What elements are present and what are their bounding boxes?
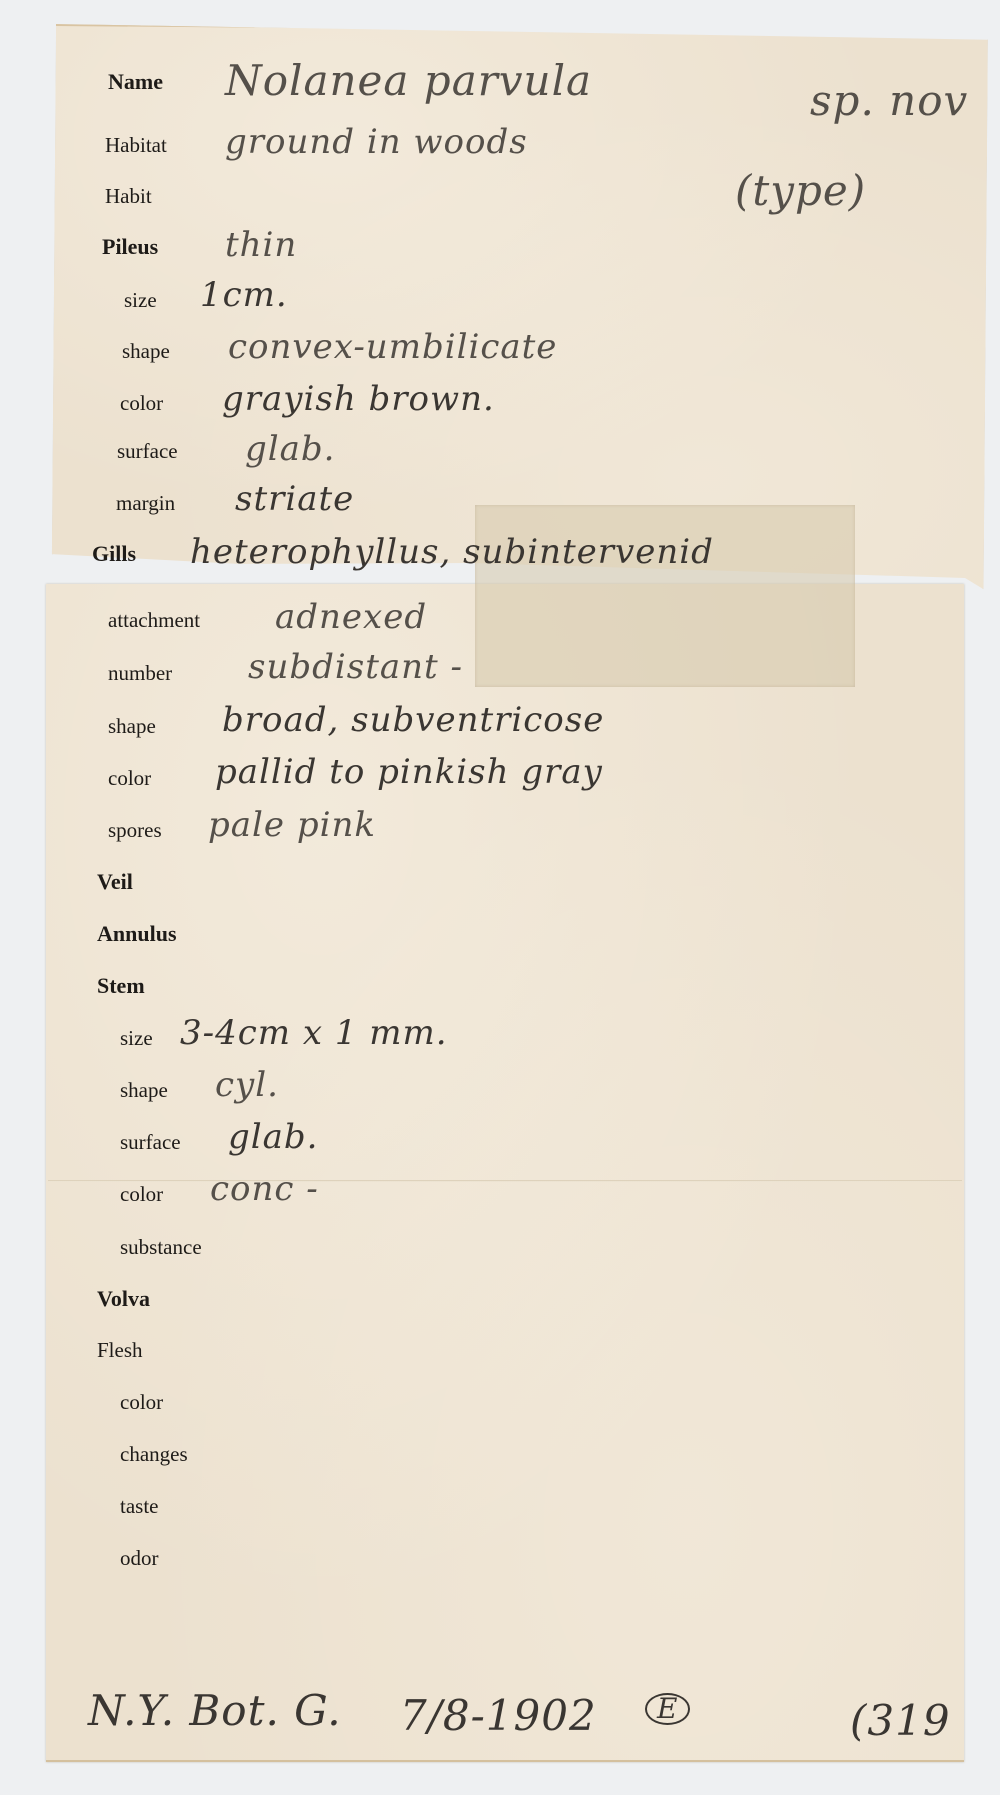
volva-label: Volva bbox=[97, 1288, 150, 1310]
name-label: Name bbox=[108, 71, 163, 93]
stem-shape-label: shape bbox=[120, 1080, 168, 1101]
habitat-value: ground in woods bbox=[225, 125, 528, 159]
pileus-surface-value: glab. bbox=[245, 432, 335, 466]
flesh-label: Flesh bbox=[97, 1340, 143, 1361]
stem-size-label: size bbox=[120, 1028, 153, 1049]
gills-attachment-label: attachment bbox=[108, 610, 200, 631]
pileus-margin-value: striate bbox=[235, 482, 354, 516]
habitat-label: Habitat bbox=[105, 135, 167, 156]
gills-color-label: color bbox=[108, 768, 151, 789]
footer-circled-mark-wrap: E bbox=[645, 1690, 690, 1725]
flesh-odor-label: odor bbox=[120, 1548, 159, 1569]
flesh-changes-label: changes bbox=[120, 1444, 188, 1465]
pileus-shape-label: shape bbox=[122, 341, 170, 362]
pileus-label: Pileus bbox=[102, 236, 158, 258]
stem-substance-label: substance bbox=[120, 1237, 202, 1258]
footer-date: 7/8-1902 bbox=[400, 1695, 597, 1737]
gills-spores-value: pale pink bbox=[208, 808, 376, 842]
gills-value: heterophyllus, subintervenid bbox=[190, 535, 714, 569]
pileus-value: thin bbox=[225, 228, 297, 262]
gills-attachment-value: adnexed bbox=[275, 600, 427, 634]
stem-color-label: color bbox=[120, 1184, 163, 1205]
name-note: sp. nov bbox=[810, 80, 968, 122]
stem-label: Stem bbox=[97, 975, 145, 997]
gills-color-value: pallid to pinkish gray bbox=[215, 755, 603, 789]
pileus-margin-label: margin bbox=[116, 493, 175, 514]
flesh-color-label: color bbox=[120, 1392, 163, 1413]
pileus-size-label: size bbox=[124, 290, 157, 311]
veil-label: Veil bbox=[97, 871, 133, 893]
flesh-taste-label: taste bbox=[120, 1496, 158, 1517]
stem-size-value: 3-4cm x 1 mm. bbox=[180, 1016, 448, 1050]
pileus-color-label: color bbox=[120, 393, 163, 414]
pileus-color-value: grayish brown. bbox=[222, 382, 495, 416]
gills-number-label: number bbox=[108, 663, 172, 684]
footer-institution: N.Y. Bot. G. bbox=[88, 1690, 342, 1732]
gills-label: Gills bbox=[92, 543, 136, 565]
stem-color-value: conc - bbox=[210, 1172, 319, 1206]
gills-shape-value: broad, subventricose bbox=[222, 703, 604, 737]
gills-spores-label: spores bbox=[108, 820, 162, 841]
annulus-label: Annulus bbox=[97, 923, 177, 945]
footer-circled-mark: E bbox=[645, 1693, 690, 1725]
gills-number-value: subdistant - bbox=[248, 650, 463, 684]
fold-crease bbox=[48, 1180, 962, 1182]
stem-surface-value: glab. bbox=[228, 1120, 318, 1154]
pileus-size-value: 1cm. bbox=[200, 278, 288, 312]
stem-shape-value: cyl. bbox=[215, 1068, 279, 1102]
pileus-surface-label: surface bbox=[117, 441, 178, 462]
gills-shape-label: shape bbox=[108, 716, 156, 737]
stem-surface-label: surface bbox=[120, 1132, 181, 1153]
name-value: Nolanea parvula bbox=[225, 60, 592, 102]
footer-specimen-number: (319 bbox=[850, 1700, 951, 1742]
habit-label: Habit bbox=[105, 186, 152, 207]
pileus-shape-value: convex-umbilicate bbox=[228, 330, 557, 364]
type-note: (type) bbox=[735, 170, 866, 212]
